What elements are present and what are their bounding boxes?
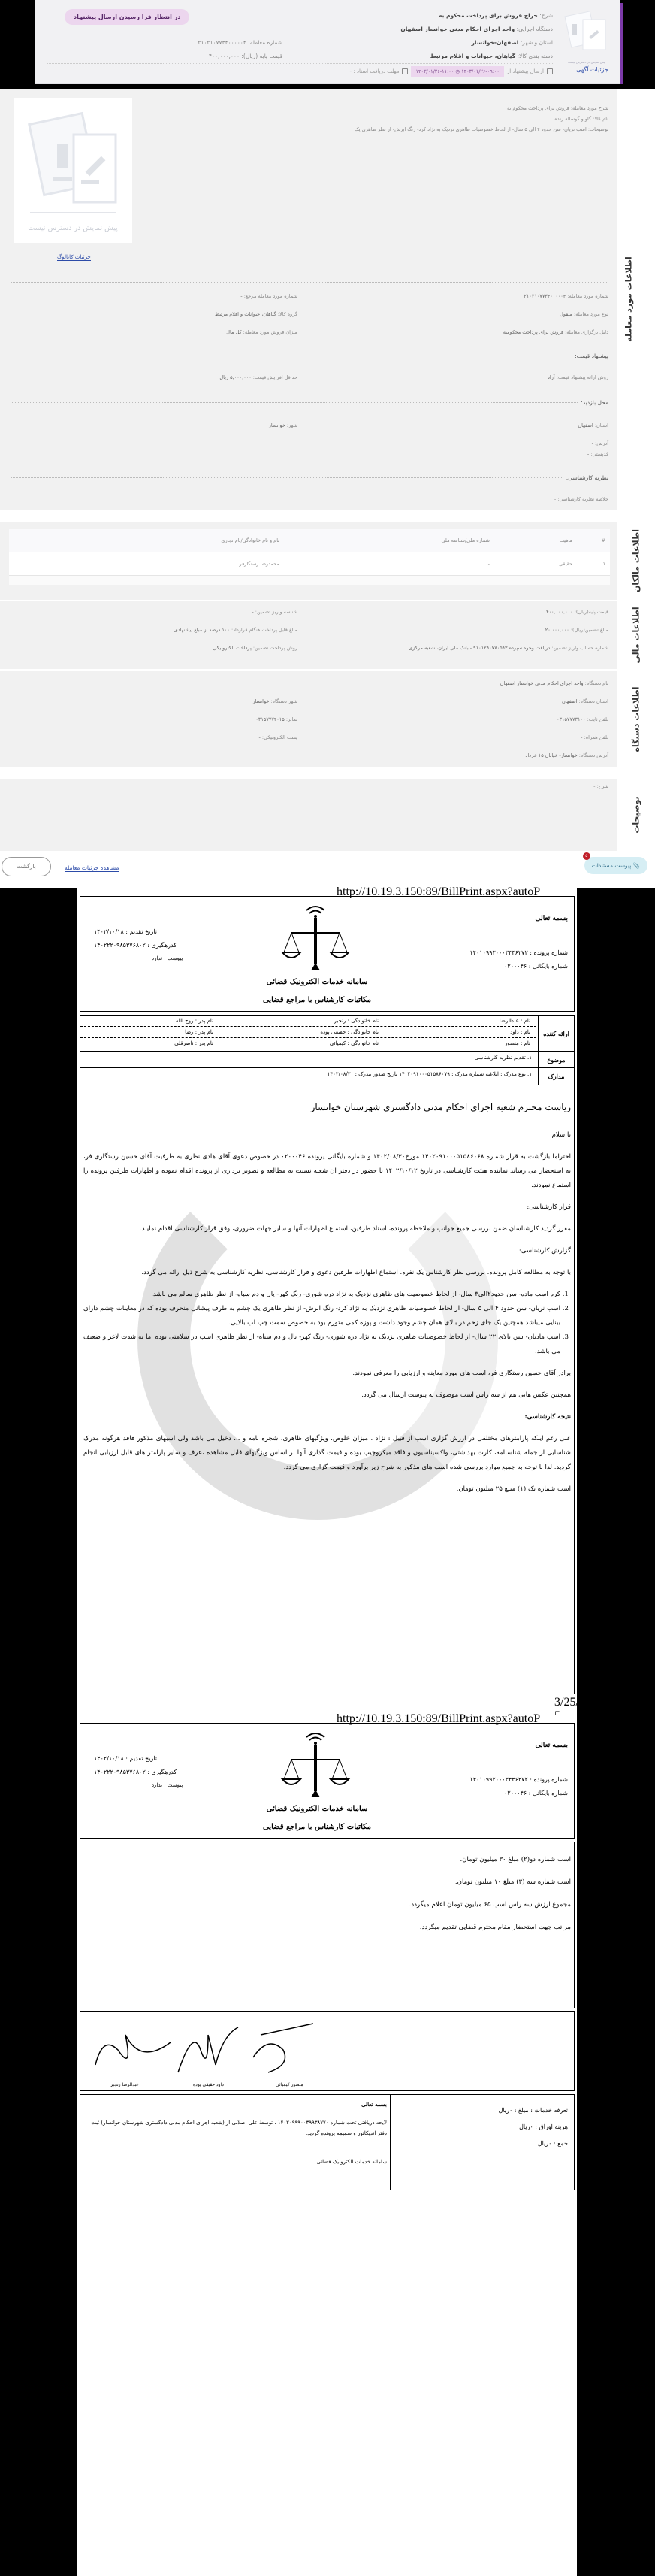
signer-name: داود حقیقی پوده — [193, 2082, 224, 2087]
back-button[interactable]: بازگشت — [2, 857, 51, 876]
listing-card[interactable]: پیش نمایش در دسترس نیست جزئیات آگهی شرح:… — [35, 0, 620, 84]
field-guarantee-id: شناسه واریز تضمین: - — [252, 609, 297, 615]
receipt-text: لایحه دریافتی تحت شماره ۱۴۰۲۰۹۹۹۰۰۳۹۹۳۸۷… — [83, 2117, 387, 2139]
preview-unavailable-text: پیش نمایش در دسترس نیست — [14, 224, 132, 232]
section-content: نام دستگاه: واحد اجرای احکام مدنی خوانسا… — [6, 671, 613, 767]
field-goods-group: گروه کالا: گیاهان، حیوانات و اقلام مرتبط — [215, 311, 297, 317]
archive-number: شماره بایگانی : ۰۲۰۰۰۴۶ — [504, 963, 568, 970]
letter-body-continued: اسب شماره دو(۲) مبلغ ۳۰ میلیون تومان. اس… — [83, 1852, 571, 1942]
calendar-icon — [402, 68, 408, 74]
document-page-1: http://10.19.3.150:89/BillPrint.aspx?aut… — [77, 888, 577, 1715]
listing-details-link[interactable]: جزئیات آگهی — [576, 66, 608, 74]
letter-title: ریاست محترم شعبه اجرای احکام مدنی دادگست… — [83, 1100, 571, 1115]
section-content: شرح مورد معامله: فروش برای پرداخت محکوم … — [6, 89, 613, 510]
fees-column: تعرفه خدمات : مبلغ : ۰ریال هزینه اوراق :… — [390, 2095, 574, 2190]
justice-scale-logo-icon — [278, 903, 353, 975]
field-base-price: قیمت پایه(ریال): ۴۰۰,۰۰۰,۰۰۰ — [546, 609, 608, 615]
section-agency: اطلاعات دستگاه نام دستگاه: واحد اجرای اح… — [0, 671, 655, 767]
item-desc-line: شرح مورد معامله: فروش برای پرداخت محکوم … — [507, 105, 608, 111]
result-paragraph: علی رغم اینکه پارامترهای مختلفی در ارزش … — [83, 1432, 571, 1475]
notes-desc: شرح: - — [593, 783, 608, 789]
field-city: شهر: خوانسار — [269, 422, 297, 428]
document-info-table: ارائه کننده نام : عبدالرضانام خانوادگی :… — [80, 1015, 575, 1085]
catalog-details-link[interactable]: جزئیات کاتالوگ — [57, 254, 91, 261]
org-subtitle: مکاتبات کارشناس با مراجع قضایی — [253, 1823, 381, 1831]
justice-scale-logo-icon — [278, 1730, 353, 1802]
horse-list: کره اسب ماده- سن حدود۲الی۳ سال- از لحاظ … — [83, 1288, 571, 1359]
listing-deal-number: شماره معامله: ۲۱۰۲۱۰۷۷۳۴۰۰۰۰۰۴ — [198, 36, 282, 50]
org-name: سامانه خدمات الکترونیک قضائی — [261, 978, 373, 986]
presenters-row: ارائه کننده نام : عبدالرضانام خانوادگی :… — [80, 1016, 574, 1052]
section-side-tab: اطلاعات دستگاه — [617, 671, 655, 767]
section-notes: توضیحات شرح: - — [0, 779, 655, 851]
thumbnail-caption: پیش نمایش در دسترس نیست — [562, 60, 611, 64]
list-item: کره اسب ماده- سن حدود۲الی۳ سال- از لحاظ … — [83, 1288, 560, 1302]
brother-statement: برادر آقای حسین رستگاری فر، اسب های مورد… — [83, 1367, 571, 1381]
divider — [47, 63, 553, 64]
submit-date: تاریخ تقدیم : ۱۴۰۲/۱۰/۱۸ — [94, 928, 157, 935]
receipt-org: سامانه خدمات الکترونیک قضائی — [83, 2157, 387, 2167]
action-bar: ۵ 📎 پیوست مستندات مشاهده جزئیات معامله ب… — [0, 851, 655, 888]
documents-row: مدارک ۱. نوع مدرک : ابلاغیه شماره مدرک :… — [80, 1068, 574, 1085]
gavel-placeholder-icon — [562, 9, 611, 56]
section-title: توضیحات — [632, 789, 641, 841]
report-heading: گزارش کارشناسی: — [83, 1244, 571, 1258]
section-title: اطلاعات مالی — [632, 598, 641, 673]
listing-accent-bar — [620, 3, 623, 84]
field-guarantee-amount: مبلغ تضمین(ریال): ۲۰,۰۰۰,۰۰۰ — [545, 627, 608, 633]
submit-date: تاریخ تقدیم : ۱۴۰۲/۱۰/۱۸ — [94, 1755, 157, 1762]
item-name-line: نام کالا: گاو و گوساله زنده — [554, 116, 608, 122]
fee-total: جمع : ۰ریال — [397, 2136, 568, 2152]
signatures-icon — [88, 2020, 313, 2080]
catalog-preview[interactable]: پیش نمایش در دسترس نیست — [14, 98, 132, 243]
presenter-3: نام : منصورنام خانوادگی : کیمیائینام پدر… — [80, 1038, 536, 1049]
attachments-count-badge: ۵ — [583, 852, 590, 860]
expert-opinion-heading: نظریه کارشناسی: — [11, 474, 608, 481]
section-title: اطلاعات دستگاه — [632, 678, 641, 761]
section-side-tab: اطلاعات مالکان — [617, 522, 655, 600]
report-paragraph: با توجه به مطالعه کامل پرونده، بررسی نظر… — [83, 1266, 571, 1280]
section-side-tab: اطلاعات مورد معامله — [617, 89, 655, 510]
result-heading: نتیجه کارشناسی: — [83, 1410, 571, 1424]
attachment-status: پیوست : ندارد — [152, 955, 183, 961]
archive-number: شماره بایگانی : ۰۲۰۰۰۴۶ — [504, 1790, 568, 1797]
signer-name: منصور کیمیائی — [276, 2082, 303, 2087]
photos-statement: همچنین عکس هایی هم از سه راس اسب موصوف ب… — [83, 1388, 571, 1403]
listing-row-category: دسته بندی کالا: گیاهان، حیوانات و اقلام … — [132, 50, 553, 63]
item-notes-line: توضیحات: اسب نریان- سن حدود ۴ الی ۵ سال-… — [355, 126, 608, 132]
listing-base-price: قیمت پایه (ریال): ۴۰۰,۰۰۰,۰۰۰ — [209, 50, 282, 63]
subject-row: موضوع ۱. تقدیم نظریه کارشناسی — [80, 1052, 574, 1068]
view-deal-details-link[interactable]: مشاهده جزئیات معامله — [65, 864, 119, 872]
table-row[interactable]: ۱ حقیقی - محمدرضا رستگارفر — [9, 552, 610, 576]
gavel-placeholder-icon — [14, 98, 132, 211]
section-title: اطلاعات مالکان — [632, 523, 641, 598]
listing-row-agency: دستگاه اجرایی: واحد اجرای احکام مدنی خوا… — [132, 23, 553, 36]
org-subtitle: مکاتبات کارشناس با مراجع قضایی — [253, 996, 381, 1004]
horse-1-price: اسب شماره یک (۱) مبلغ ۲۵ میلیون تومان. — [83, 1482, 571, 1497]
listing-row-location: استان و شهر: اصفهان-خوانسار شماره معامله… — [132, 36, 553, 50]
field-sale-amount: میزان فروش مورد معامله: کل مال — [226, 329, 297, 335]
horse-2-price: اسب شماره دو(۲) مبلغ ۳۰ میلیون تومان. — [83, 1852, 571, 1867]
intro-paragraph: احتراما بازگشت به قرار شماره ۱۴۰۲۰۹۱۰۰۰۵… — [83, 1150, 571, 1193]
field-reason: دلیل برگزاری معامله: فروش برای پرداخت مح… — [503, 329, 608, 335]
field-fax: نمابر: ۰۳۱۵۷۷۷۴۰۱۵ — [255, 716, 297, 722]
document-viewer[interactable]: http://10.19.3.150:89/BillPrint.aspx?aut… — [0, 888, 655, 2576]
case-number: شماره پرونده : ۱۴۰۱۰۹۹۲۰۰۰۳۴۴۶۲۷۲ — [469, 949, 568, 956]
signer-name: عبدالرضا رنجبر — [110, 2082, 139, 2087]
section-side-tab: اطلاعات مالی — [617, 601, 655, 669]
field-phone: تلفن ثابت: ۰۳۱۵۷۷۷۳۱۰۰ — [557, 716, 608, 722]
owners-table: # ماهیت شماره ملی/شناسه ملی نام و نام خا… — [9, 529, 610, 585]
tracking-code: کدرهگیری : ۱۴۰۲۲۲۰۹۸۵۳۷۶۸۰۲ — [94, 1769, 177, 1775]
field-address: آدرس: - — [592, 440, 608, 446]
attachment-status: پیوست : ندارد — [152, 1782, 183, 1788]
org-name: سامانه خدمات الکترونیک قضائی — [261, 1805, 373, 1813]
section-finance: اطلاعات مالی قیمت پایه(ریال): ۴۰۰,۰۰۰,۰۰… — [0, 601, 655, 669]
signatures-box: عبدالرضا رنجبر داود حقیقی پوده منصور کیم… — [80, 2011, 575, 2091]
listing-card-wrapper: پیش نمایش در دسترس نیست جزئیات آگهی شرح:… — [0, 0, 655, 89]
list-item: اسب نریان- سن حدود ۴ الی ۵ سال- از لحاظ … — [83, 1302, 560, 1330]
section-side-tab: توضیحات — [617, 779, 655, 851]
section-item-info: اطلاعات مورد معامله شرح مورد معامله: فرو… — [0, 89, 655, 510]
field-offer-method: روش ارائه پیشنهاد قیمت: آزاد — [548, 374, 608, 380]
tracking-code: کدرهگیری : ۱۴۰۲۲۲۰۹۸۵۳۷۶۸۰۲ — [94, 942, 177, 949]
status-badge: در انتظار فرا رسیدن ارسال پیشنهاد — [65, 9, 189, 25]
visit-location-heading: محل بازدید: — [11, 399, 608, 406]
table-header-row: # ماهیت شماره ملی/شناسه ملی نام و نام خا… — [9, 529, 610, 552]
list-item: اسب مادیان- سن بالای ۲۲ سال- از لحاظ خصو… — [83, 1330, 560, 1359]
horse-3-price: اسب شماره سه (۳) مبلغ ۱۰ میلیون تومان. — [83, 1875, 571, 1890]
field-guarantee-account: شماره حساب واریز تضمین: دریافت وجوه سپرد… — [409, 645, 608, 651]
table-footer — [9, 576, 610, 585]
paper-fee: هزینه اوراق : ۰ریال — [397, 2119, 568, 2136]
divider — [30, 212, 116, 213]
order-paragraph: مقرر گردید کارشناسان ضمن بررسی جمیع جوان… — [83, 1222, 571, 1237]
greeting: با سلام — [83, 1128, 571, 1143]
listing-info: شرح: حراج فروش برای پرداخت محکوم به دستگ… — [132, 9, 553, 63]
field-email: پست الکترونیکی: - — [258, 734, 297, 740]
section-title: اطلاعات مورد معامله — [624, 247, 634, 352]
section-content: # ماهیت شماره ملی/شناسه ملی نام و نام خا… — [6, 522, 613, 600]
fees-box: تعرفه خدمات : مبلغ : ۰ریال هزینه اوراق :… — [80, 2094, 575, 2190]
paperclip-icon: 📎 — [633, 862, 640, 869]
field-province: استان: اصفهان — [578, 422, 608, 428]
field-agency-address: آدرس دستگاه: خوانسار- خیابان ۱۵ خرداد — [525, 752, 608, 758]
calendar-check-icon — [547, 68, 553, 74]
presenter-2: نام : داودنام خانوادگی : حقیقی پودهنام پ… — [80, 1027, 536, 1038]
document-header: بسمه تعالی شماره پرونده : ۱۴۰۱۰۹۹۲۰۰۰۳۴۴… — [80, 896, 575, 1012]
offer-period-chip: ۱۴۰۳/۰۱/۲۶-۰۹:۰۰ ◷ ۱۴۰۳/۰۱/۲۶-۱۱:۰۰ — [411, 66, 503, 77]
price-offer-heading: پیشنهاد قیمت: — [11, 353, 608, 359]
case-number: شماره پرونده : ۱۴۰۱۰۹۹۲۰۰۰۳۴۴۶۲۷۲ — [469, 1776, 568, 1783]
attachments-button[interactable]: ۵ 📎 پیوست مستندات — [584, 857, 647, 874]
field-deal-number: شماره مورد معامله: ۲۱۰۲۱۰۷۷۳۴۰۰۰۰۰۴ — [524, 293, 608, 299]
closing-line: مراتب جهت استحضار مقام محترم قضایی تقدیم… — [83, 1920, 571, 1935]
field-payment-method: روش پرداخت تضمین: پرداخت الکترونیکی — [213, 645, 297, 651]
field-agency-city: شهر دستگاه: خوانسار — [252, 698, 297, 704]
field-mobile: تلفن همراه: - — [581, 734, 608, 740]
field-payable-at-contract: مبلغ قابل پرداخت هنگام قرارداد: ۱۰۰ درصد… — [174, 627, 297, 633]
field-min-increase: حداقل افزایش قیمت: ۵,۰۰۰,۰۰۰ ریال — [219, 374, 297, 380]
order-heading: قرار کارشناسی: — [83, 1200, 571, 1215]
section-owners: اطلاعات مالکان # ماهیت شماره ملی/شناسه م… — [0, 522, 655, 600]
service-fee: تعرفه خدمات : مبلغ : ۰ریال — [397, 2102, 568, 2119]
presenter-1: نام : عبدالرضانام خانوادگی : رنجبرنام پد… — [80, 1016, 536, 1027]
field-agency-province: استان دستگاه: اصفهان — [562, 698, 608, 704]
field-ref-number: شماره مورد معامله مرجع: - — [240, 293, 297, 299]
section-content: قیمت پایه(ریال): ۴۰۰,۰۰۰,۰۰۰ شناسه واریز… — [6, 601, 613, 669]
receipt-column: بسمه تعالی لایحه دریافتی تحت شماره ۱۴۰۲۰… — [80, 2095, 390, 2190]
document-page-2: http://10.19.3.150:89/BillPrint.aspx?aut… — [77, 1715, 577, 2576]
field-agency-name: نام دستگاه: واحد اجرای احکام مدنی خوانسا… — [500, 680, 608, 686]
section-content: شرح: - — [6, 779, 613, 851]
divider — [11, 282, 608, 283]
field-deal-type: نوع مورد معامله: منقول — [560, 311, 608, 317]
listing-row-desc: شرح: حراج فروش برای پرداخت محکوم به — [132, 9, 553, 23]
listing-thumbnail: پیش نمایش در دسترس نیست — [562, 9, 611, 56]
letter-body: ریاست محترم شعبه اجرای احکام مدنی دادگست… — [83, 1100, 571, 1504]
field-postal-code: کدپستی: - — [587, 451, 608, 457]
expert-summary: خلاصه نظریه کارشناسی: - — [554, 496, 608, 502]
document-header: بسمه تعالی شماره پرونده : ۱۴۰۱۰۹۹۲۰۰۰۳۴۴… — [80, 1723, 575, 1839]
total-value: مجموع ارزش سه راس اسب ۶۵ میلیون تومان اع… — [83, 1897, 571, 1912]
listing-footer: ارسال پیشنهاد از ۱۴۰۳/۰۱/۲۶-۰۹:۰۰ ◷ ۱۴۰۳… — [350, 66, 553, 77]
